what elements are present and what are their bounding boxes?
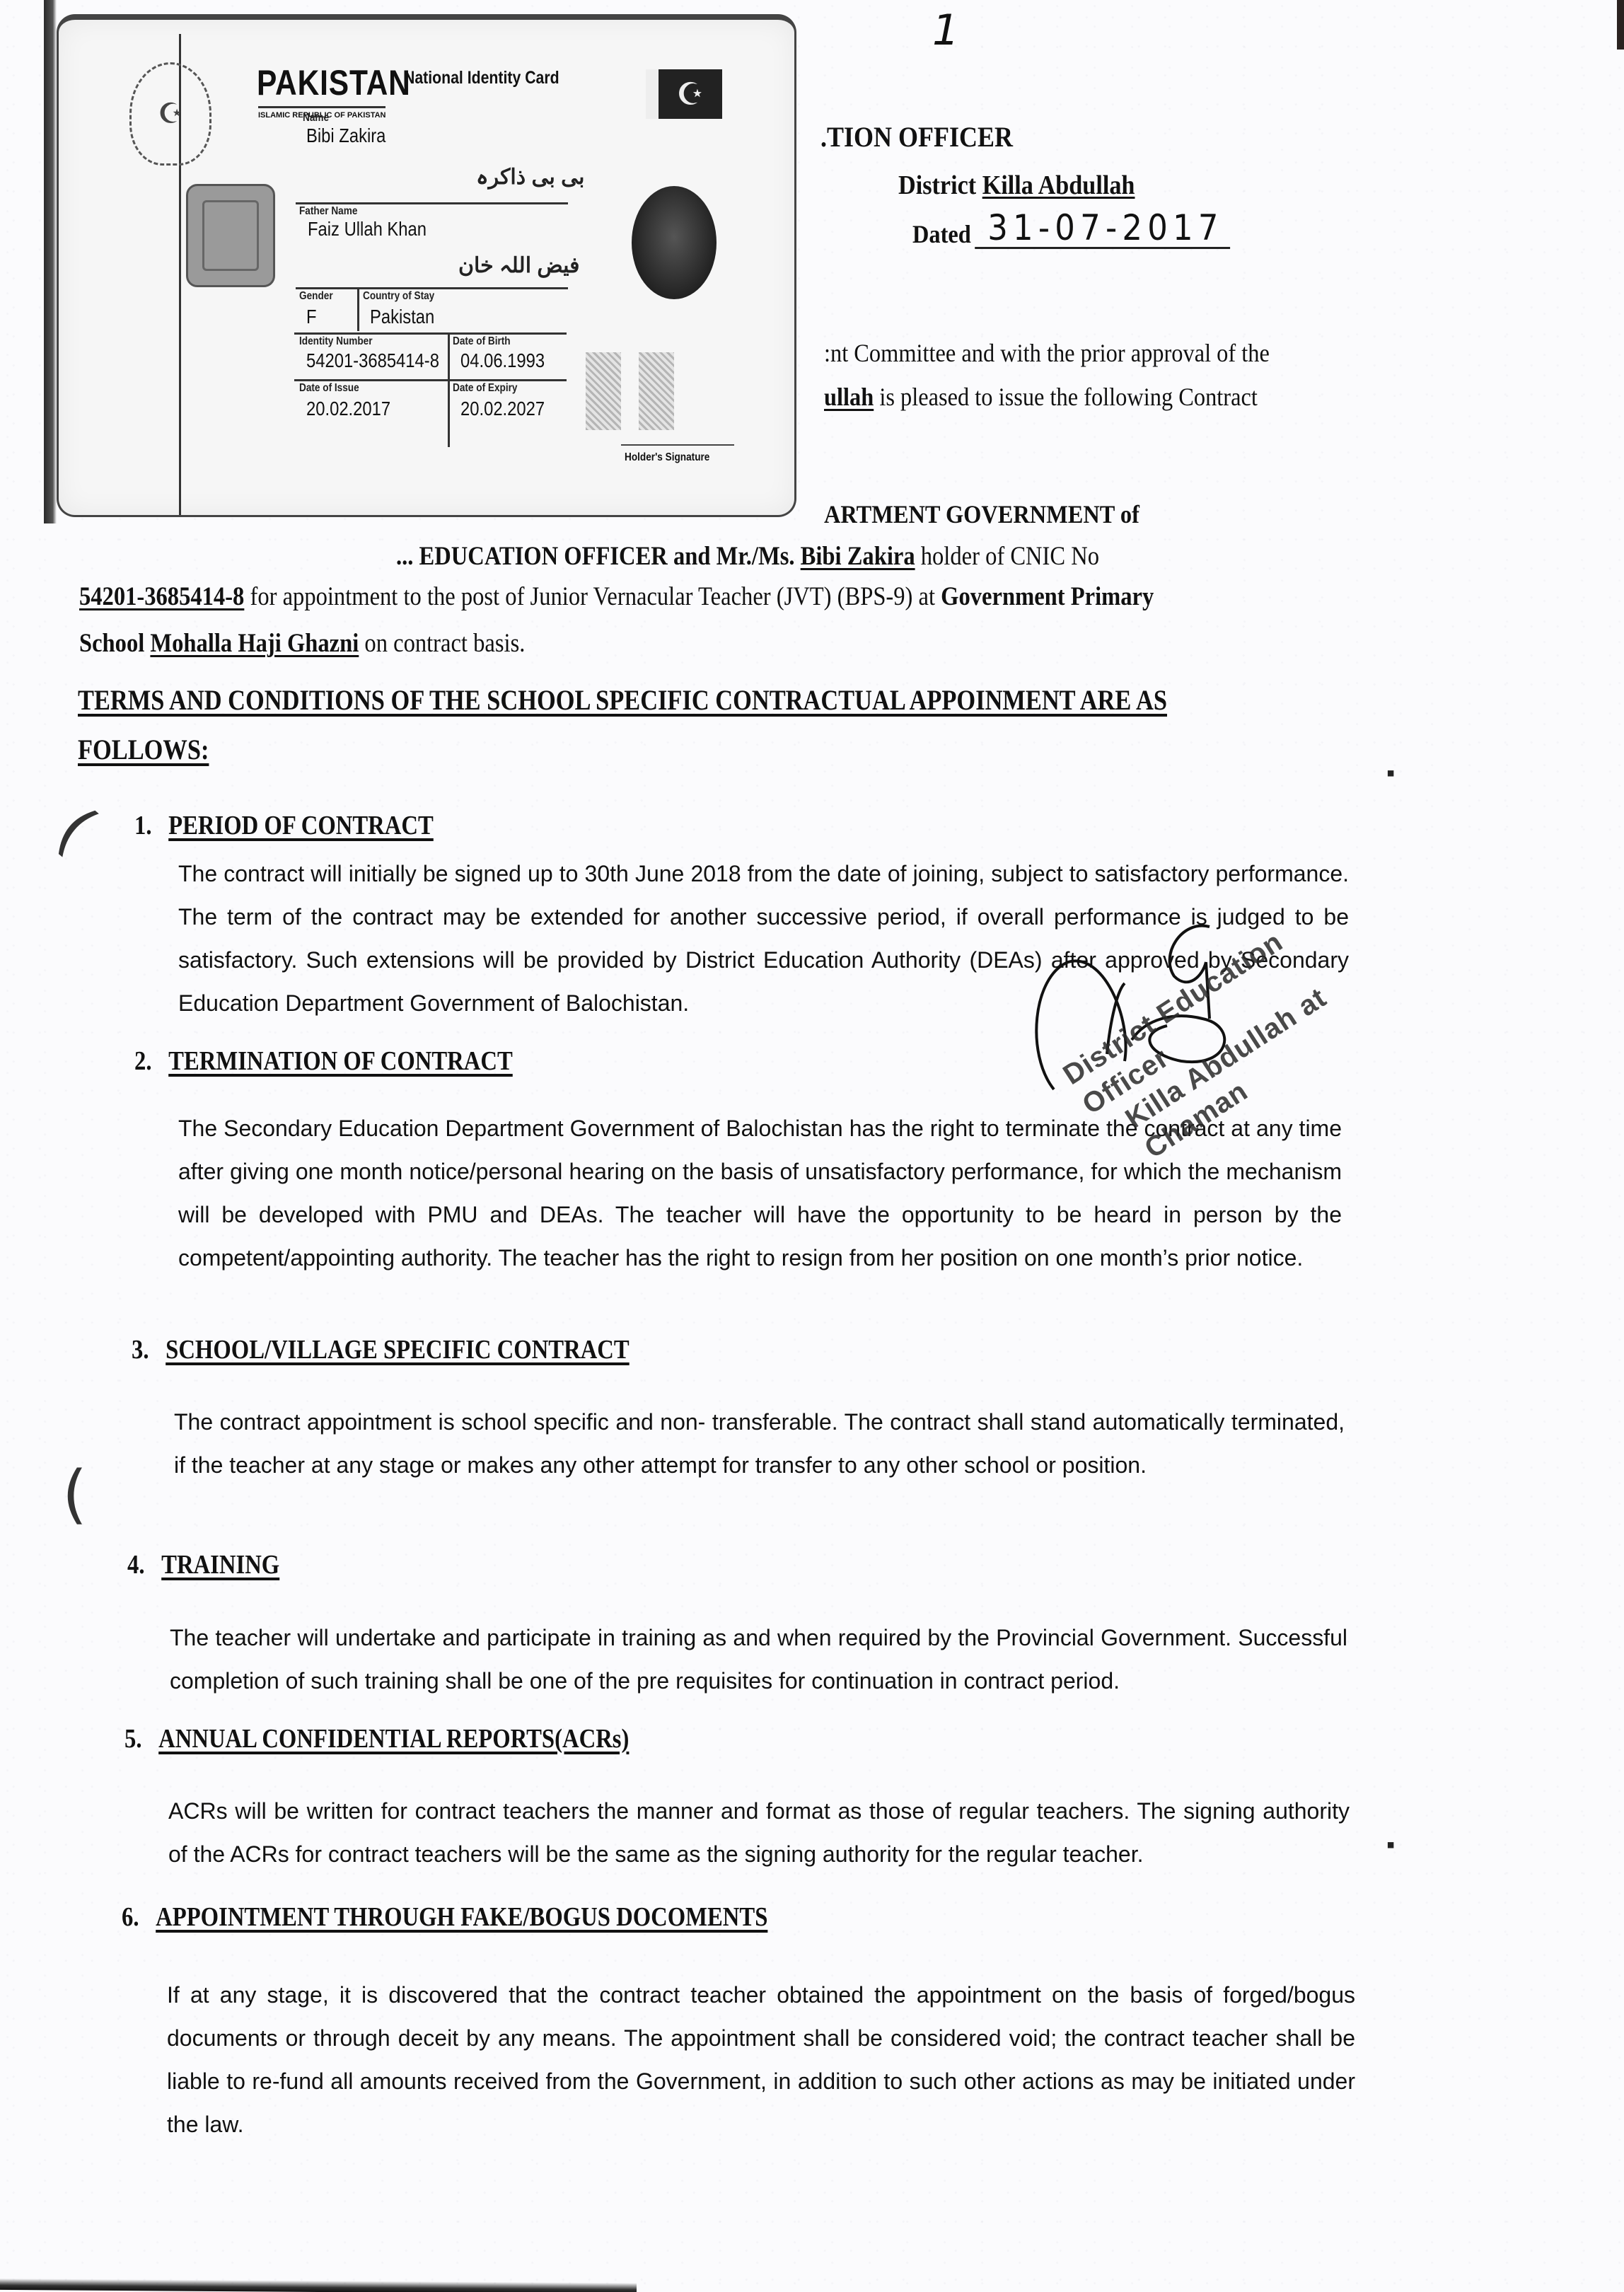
country-of-stay-label: Country of Stay bbox=[363, 290, 434, 303]
card-date-of-issue: 20.02.2017 bbox=[306, 398, 390, 420]
cnic-card-copy: ☪ PAKISTAN ISLAMIC REPUBLIC OF PAKISTAN … bbox=[57, 14, 796, 517]
section-number: 2. bbox=[134, 1046, 168, 1077]
card-name-urdu: بی بی ذاکرہ bbox=[476, 165, 585, 190]
section-title: 3.SCHOOL/VILLAGE SPECIFIC CONTRACT bbox=[132, 1334, 630, 1365]
section-number: 1. bbox=[134, 810, 168, 841]
card-father-name-urdu: فیض اللہ خان bbox=[458, 253, 580, 278]
pakistan-flag-icon: ☪ bbox=[646, 69, 722, 119]
intro-line-4: ... EDUCATION OFFICER and Mr./Ms. Bibi Z… bbox=[396, 541, 1099, 572]
divider bbox=[448, 334, 450, 447]
card-date-of-expiry: 20.02.2027 bbox=[460, 398, 545, 420]
name-label: Name bbox=[303, 112, 329, 125]
card-father-name: Faiz Ullah Khan bbox=[308, 218, 427, 241]
section-title: 4.TRAINING bbox=[127, 1549, 279, 1580]
section-title: 6.APPOINTMENT THROUGH FAKE/BOGUS DOCOMEN… bbox=[122, 1902, 767, 1933]
section-title-text: APPOINTMENT THROUGH FAKE/BOGUS DOCOMENTS bbox=[156, 1902, 767, 1932]
card-date-of-birth: 04.06.1993 bbox=[460, 349, 545, 372]
divider bbox=[296, 202, 568, 204]
divider bbox=[357, 289, 359, 331]
intro-fragment-6-post: on contract basis. bbox=[359, 629, 525, 658]
terms-heading: TERMS AND CONDITIONS OF THE SCHOOL SPECI… bbox=[78, 683, 1167, 717]
card-country: PAKISTAN bbox=[257, 62, 411, 103]
date-of-expiry-label: Date of Expiry bbox=[453, 382, 517, 395]
identity-number-label: Identity Number bbox=[299, 335, 373, 348]
section-number: 5. bbox=[124, 1723, 158, 1754]
scan-artifact-mark: ▪ bbox=[1386, 760, 1395, 787]
appointee-name: Bibi Zakira bbox=[801, 542, 915, 571]
district-fragment: ullah bbox=[824, 383, 874, 411]
card-name: Bibi Zakira bbox=[306, 125, 385, 147]
intro-fragment-4-post: holder of CNIC No bbox=[915, 542, 1099, 571]
dated-line: Dated 31-07-2017 bbox=[912, 209, 1230, 249]
section-number: 6. bbox=[122, 1902, 156, 1933]
section-title: 1.PERIOD OF CONTRACT bbox=[134, 810, 434, 841]
date-of-issue-label: Date of Issue bbox=[299, 382, 359, 395]
intro-fragment-6: School bbox=[79, 629, 150, 658]
scan-artifact-mark: ▪ bbox=[1386, 1832, 1395, 1859]
thumbprint-image bbox=[586, 352, 621, 430]
school-name: Mohalla Haji Ghazni bbox=[150, 629, 359, 658]
date-of-birth-label: Date of Birth bbox=[453, 335, 511, 348]
intro-fragment-5-bold: Government Primary bbox=[941, 582, 1154, 611]
card-identity-number: 54201-3685414-8 bbox=[306, 349, 439, 372]
section-number: 3. bbox=[132, 1334, 166, 1365]
divider bbox=[296, 287, 568, 289]
terms-heading-cont: FOLLOWS: bbox=[78, 733, 209, 766]
page-number-handwritten: 1 bbox=[932, 6, 959, 55]
smart-chip-icon bbox=[186, 184, 275, 287]
holder-signature-label: Holder's Signature bbox=[625, 451, 709, 464]
intro-fragment-2: ullah is pleased to issue the following … bbox=[824, 382, 1258, 412]
father-name-label: Father Name bbox=[299, 205, 357, 218]
intro-fragment-1: :nt Committee and with the prior approva… bbox=[824, 338, 1270, 368]
thumbprint-image bbox=[639, 352, 674, 430]
office-title: .TION OFFICER bbox=[820, 120, 1013, 154]
appointee-cnic: 54201-3685414-8 bbox=[79, 582, 244, 611]
divider bbox=[294, 332, 567, 335]
section-title: 2.TERMINATION OF CONTRACT bbox=[134, 1046, 513, 1077]
scan-edge-left bbox=[44, 0, 57, 523]
intro-line-6: School Mohalla Haji Ghazni on contract b… bbox=[79, 628, 525, 659]
handwritten-date: 31-07-2017 bbox=[975, 209, 1230, 249]
section-paragraph: The teacher will undertake and participa… bbox=[170, 1616, 1347, 1703]
section-title: 5.ANNUAL CONFIDENTIAL REPORTS(ACRs) bbox=[124, 1723, 629, 1754]
intro-fragment-4: ... EDUCATION OFFICER and Mr./Ms. bbox=[396, 542, 801, 571]
punch-hole-mark-icon: ( bbox=[62, 1457, 87, 1532]
intro-fragment-3: ARTMENT GOVERNMENT of bbox=[824, 499, 1139, 529]
scan-edge-right bbox=[1617, 0, 1624, 50]
divider bbox=[294, 379, 567, 381]
district-line: District Killa Abdullah bbox=[898, 170, 1135, 201]
signature-line bbox=[621, 444, 734, 446]
punch-hole-mark-icon: ( bbox=[42, 793, 109, 866]
gender-label: Gender bbox=[299, 290, 333, 303]
scan-edge-bottom bbox=[0, 2279, 637, 2292]
section-paragraph: ACRs will be written for contract teache… bbox=[168, 1790, 1350, 1876]
card-type: National Identity Card bbox=[404, 68, 559, 88]
dated-label: Dated bbox=[912, 219, 971, 249]
section-title-text: SCHOOL/VILLAGE SPECIFIC CONTRACT bbox=[166, 1335, 630, 1365]
card-gender: F bbox=[306, 306, 317, 328]
section-title-text: TERMINATION OF CONTRACT bbox=[168, 1046, 513, 1076]
intro-fragment-2-text: is pleased to issue the following Contra… bbox=[874, 383, 1258, 411]
district-label: District bbox=[898, 170, 976, 200]
holder-photo bbox=[632, 186, 717, 299]
section-paragraph: The contract appointment is school speci… bbox=[174, 1401, 1345, 1487]
intro-line-5: 54201-3685414-8 for appointment to the p… bbox=[79, 581, 1154, 612]
state-emblem-icon: ☪ bbox=[129, 62, 211, 166]
section-title-text: ANNUAL CONFIDENTIAL REPORTS(ACRs) bbox=[158, 1724, 629, 1754]
section-paragraph: If at any stage, it is discovered that t… bbox=[167, 1974, 1355, 2146]
district-name: Killa Abdullah bbox=[982, 170, 1135, 200]
card-country-of-stay: Pakistan bbox=[370, 306, 434, 328]
section-title-text: TRAINING bbox=[161, 1550, 279, 1580]
intro-fragment-5: for appointment to the post of Junior Ve… bbox=[244, 582, 941, 611]
section-title-text: PERIOD OF CONTRACT bbox=[168, 811, 434, 840]
section-number: 4. bbox=[127, 1549, 161, 1580]
